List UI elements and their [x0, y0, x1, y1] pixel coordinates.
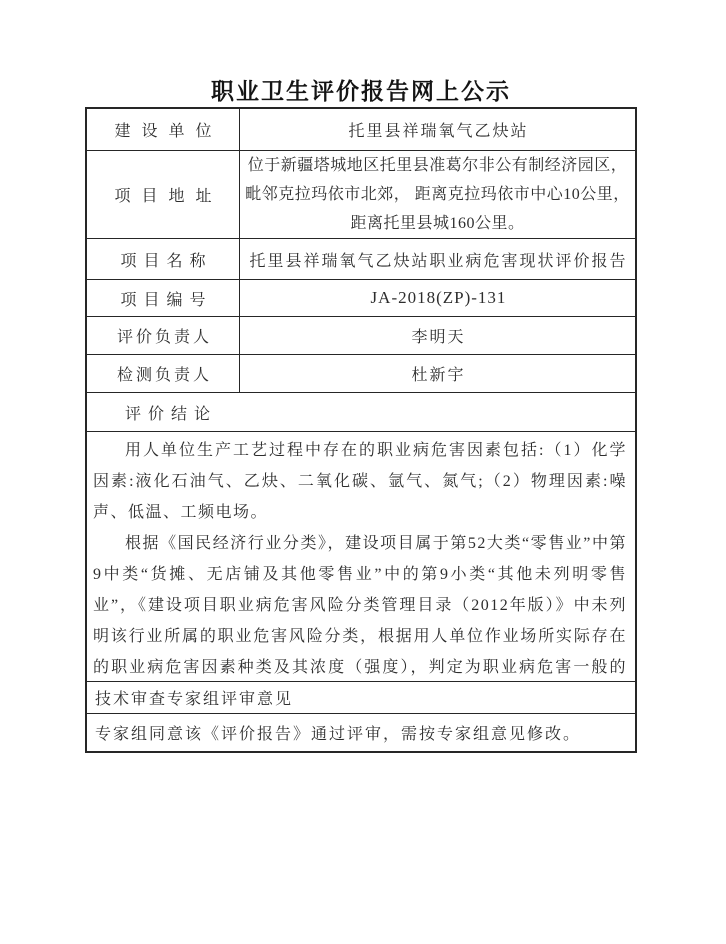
page-title: 职业卫生评价报告网上公示 [85, 78, 637, 107]
conclusion-paragraph-classification: 根据《国民经济行业分类》，建设项目属于第52大类“零售业”中第9中类“货摊、无店… [93, 528, 627, 681]
conclusion-paragraph-hazard-factors: 用人单位生产工艺过程中存在的职业病危害因素包括:（1）化学因素:液化石油气、乙炔… [93, 435, 627, 528]
testing-lead-label: 检测负责人 [87, 355, 240, 392]
row-project-number: 项目编号 JA-2018(ZP)-131 [87, 279, 635, 316]
project-number-label: 项目编号 [87, 280, 240, 316]
project-address-label: 项目地址 [87, 151, 240, 238]
row-conclusion-text: 用人单位生产工艺过程中存在的职业病危害因素包括:（1）化学因素:液化石油气、乙炔… [87, 431, 635, 681]
conclusion-body: 用人单位生产工艺过程中存在的职业病危害因素包括:（1）化学因素:液化石油气、乙炔… [87, 432, 635, 681]
row-review-header: 技术审查专家组评审意见 [87, 681, 635, 713]
row-evaluation-lead: 评价负责人 李明天 [87, 316, 635, 354]
review-header-label: 技术审查专家组评审意见 [87, 686, 293, 709]
row-project-name: 项目名称 托里县祥瑞氧气乙炔站职业病危害现状评价报告 [87, 238, 635, 279]
review-opinion-text: 专家组同意该《评价报告》通过评审，需按专家组意见修改。 [87, 721, 581, 744]
row-construction-unit: 建设单位 托里县祥瑞氧气乙炔站 [87, 109, 635, 150]
project-number-value: JA-2018(ZP)-131 [240, 280, 635, 316]
row-review-opinion: 专家组同意该《评价报告》通过评审，需按专家组意见修改。 [87, 713, 635, 751]
construction-unit-value: 托里县祥瑞氧气乙炔站 [240, 109, 635, 150]
row-conclusion-header: 评价结论 [87, 392, 635, 431]
conclusion-header-label: 评价结论 [87, 401, 217, 424]
row-testing-lead: 检测负责人 杜新宇 [87, 354, 635, 392]
construction-unit-label: 建设单位 [87, 109, 240, 150]
public-notice-table: 建设单位 托里县祥瑞氧气乙炔站 项目地址 位于新疆塔城地区托里县准葛尔非公有制经… [85, 107, 637, 753]
document-page: 职业卫生评价报告网上公示 建设单位 托里县祥瑞氧气乙炔站 项目地址 位于新疆塔城… [85, 78, 637, 753]
evaluation-lead-value: 李明天 [240, 317, 635, 354]
project-name-value: 托里县祥瑞氧气乙炔站职业病危害现状评价报告 [240, 239, 635, 279]
evaluation-lead-label: 评价负责人 [87, 317, 240, 354]
project-address-value: 位于新疆塔城地区托里县准葛尔非公有制经济园区，毗邻克拉玛依市北郊， 距离克拉玛依… [240, 151, 635, 238]
testing-lead-value: 杜新宇 [240, 355, 635, 392]
project-name-label: 项目名称 [87, 239, 240, 279]
row-project-address: 项目地址 位于新疆塔城地区托里县准葛尔非公有制经济园区，毗邻克拉玛依市北郊， 距… [87, 150, 635, 238]
